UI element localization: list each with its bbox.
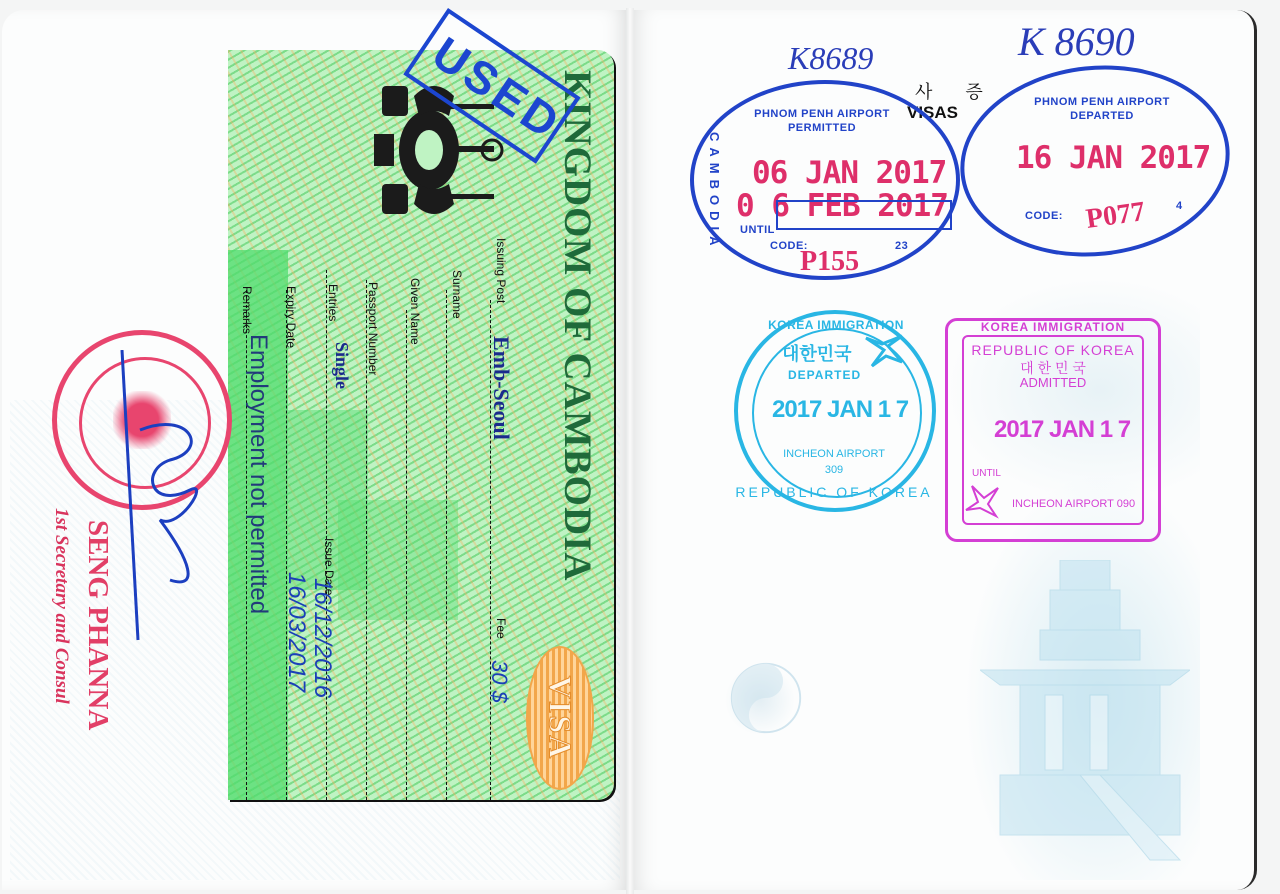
korea-departure-code: 309 <box>825 464 843 476</box>
departure-place: PHNOM PENH AIRPORT <box>1034 96 1170 108</box>
field-label-expiry-date: Expiry Date <box>284 286 298 348</box>
arrival-officer-code: P155 <box>800 246 859 278</box>
field-label-surname: Surname <box>450 270 464 319</box>
arrival-code: 23 <box>895 240 908 252</box>
field-label-entries: Entries <box>326 284 340 321</box>
consul-name: SENG PHANNA <box>81 520 114 730</box>
korea-departure-bottom-text: REPUBLIC OF KOREA <box>735 484 932 500</box>
departure-code-label: CODE: <box>1025 210 1063 222</box>
pagoda-watermark-icon <box>980 560 1190 880</box>
taeguk-watermark-icon <box>728 660 804 736</box>
departure-plane-icon <box>862 332 906 372</box>
arrival-date: 06 JAN 2017 <box>752 155 946 191</box>
field-value-entries: Single <box>331 342 352 389</box>
field-label-passport-number: Passport Number <box>366 282 380 375</box>
field-value-fee: 30 $ <box>486 660 512 703</box>
field-label-given-name: Given Name <box>408 278 422 345</box>
arrival-place: PHNOM PENH AIRPORT <box>754 108 890 120</box>
korea-admission-ring-text: KOREA IMMIGRATION <box>981 320 1125 334</box>
korea-departure-status: DEPARTED <box>788 368 861 382</box>
field-value-expiry-date: 16/03/2017 <box>282 572 310 692</box>
consul-signature-icon <box>110 350 220 650</box>
arrival-status: PERMITTED <box>788 122 856 134</box>
visa-badge: VISA <box>526 646 594 790</box>
cambodia-visa-sticker: KINGDOM OF CAMBODIA Issuing Post Emb-Seo… <box>228 50 614 800</box>
korea-admission-status: ADMITTED <box>1020 375 1086 390</box>
korea-admission-country-en: REPUBLIC OF KOREA <box>971 342 1134 358</box>
until-box <box>776 200 952 230</box>
arrival-ring-text: CAMBODIA <box>707 132 722 252</box>
korea-departure-place: INCHEON AIRPORT <box>783 448 885 460</box>
korea-departure-country-kr: 대한민국 <box>782 340 852 366</box>
visas-heading-korean: 사 증 <box>915 78 997 104</box>
korea-departure-date: 2017 JAN 1 7 <box>772 396 908 424</box>
korea-admission-date: 2017 JAN 1 7 <box>994 416 1130 444</box>
field-value-issue-date: 16/12/2016 <box>308 578 336 698</box>
departure-code: 4 <box>1176 200 1183 212</box>
arrival-until-label: UNTIL <box>740 224 775 236</box>
departure-handwritten-number: K 8690 <box>1018 18 1135 65</box>
field-label-issuing-post: Issuing Post <box>494 238 508 303</box>
consul-title: 1st Secretary and Consul <box>50 508 72 704</box>
field-label-fee: Fee <box>494 618 508 639</box>
visa-title: KINGDOM OF CAMBODIA <box>555 70 600 582</box>
korea-departure-ring-text: KOREA IMMIGRATION <box>768 318 904 332</box>
departure-date: 16 JAN 2017 <box>1016 140 1210 176</box>
arrival-handwritten-number: K8689 <box>788 40 873 77</box>
field-value-remarks: Employment not permitted <box>244 334 272 614</box>
korea-admission-until-label: UNTIL <box>972 468 1001 479</box>
korea-admission-place: INCHEON AIRPORT 090 <box>1012 498 1135 510</box>
passport-spread: KINGDOM OF CAMBODIA Issuing Post Emb-Seo… <box>0 0 1280 894</box>
field-label-remarks: Remarks <box>240 286 254 334</box>
departure-status: DEPARTED <box>1070 110 1134 122</box>
field-value-issuing-post: Emb-Seoul <box>488 336 514 440</box>
page-gutter <box>626 8 634 894</box>
arrival-plane-icon <box>962 480 1002 520</box>
